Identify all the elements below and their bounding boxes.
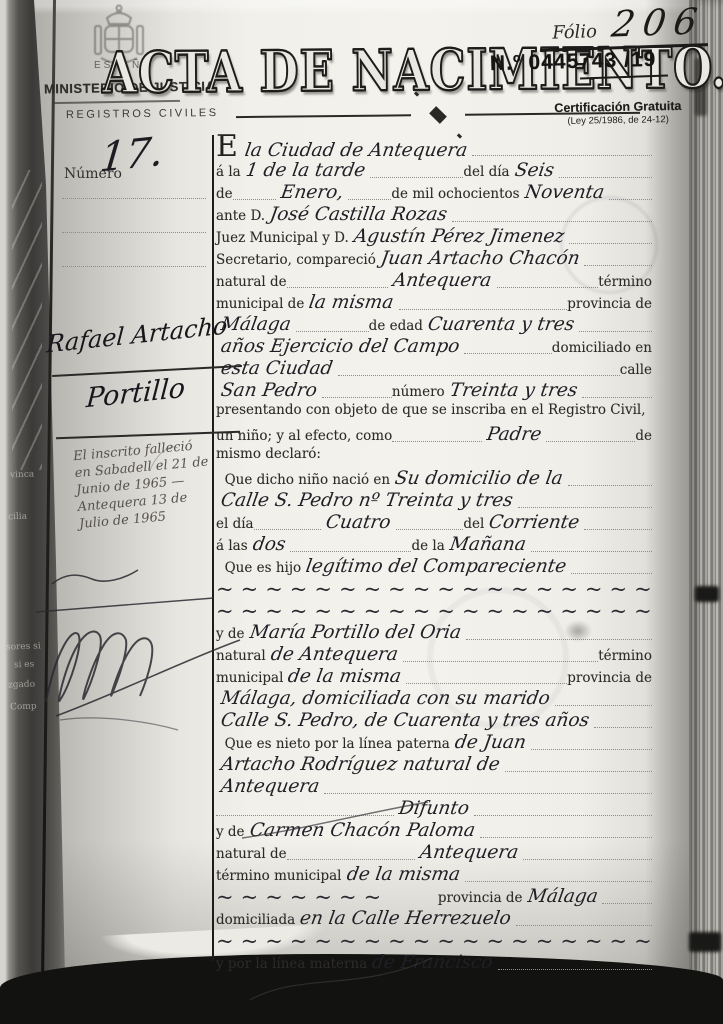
handwritten-text: Seis — [508, 160, 560, 181]
dotted-leader-line — [555, 705, 652, 706]
dotted-leader-line — [480, 837, 652, 838]
form-line: Artacho Rodríguez natural de — [216, 754, 652, 776]
printed-text: el día — [216, 516, 254, 532]
handwritten-text: de Juan — [448, 732, 532, 753]
dotted-leader-line — [465, 881, 652, 882]
printed-text: natural — [216, 648, 266, 664]
handwritten-text: Difunto — [392, 798, 475, 819]
form-line: Que es nieto por la línea paternade Juan — [216, 732, 652, 754]
wavy-filler-strokes: ~~~~~~~~~~~~~~~~~~~~~~~~~~~~~~ — [216, 577, 652, 601]
form-line: Ela Ciudad de Antequera — [216, 138, 652, 160]
dotted-leader-line — [322, 397, 392, 398]
handwritten-text: dos — [246, 534, 292, 555]
ink-smear — [564, 620, 592, 642]
dotted-leader-line — [516, 925, 652, 926]
marginal-death-note: El inscrito fallecióen Sabadell el 21 de… — [73, 436, 220, 533]
dotted-leader-line — [324, 793, 652, 794]
printed-text: de edad — [369, 318, 423, 334]
printed-text: número — [392, 384, 445, 400]
handwritten-text: la Ciudad de Antequera — [238, 140, 474, 161]
dotted-leader-line — [287, 287, 389, 288]
printed-text: presentando con objeto de que se inscrib… — [216, 402, 646, 418]
edge-text-fragment: vinca — [10, 470, 35, 481]
dotted-leader-line — [216, 815, 394, 816]
printed-text: natural de — [216, 846, 287, 862]
handwritten-text: Corriente — [483, 512, 586, 533]
dotted-leader-line — [546, 441, 635, 442]
dotted-leader-line — [523, 859, 652, 860]
printed-text: provincia de — [567, 670, 652, 686]
scanned-birth-certificate-page: { "header": { "country": "ESPAÑA", "mini… — [0, 0, 723, 1024]
handwritten-text: Mañana — [443, 534, 532, 555]
printed-initial: E — [216, 138, 238, 156]
dotted-leader-line — [582, 397, 652, 398]
dotted-leader-line — [290, 551, 411, 552]
dotted-leader-line — [584, 529, 652, 530]
handwritten-text: Cuarenta y tres — [421, 314, 581, 335]
dotted-leader-line — [594, 727, 652, 728]
wavy-filler-strokes: ~~~~~~~~~~~~~~~~~~~~~~~~~~~~~~ — [216, 599, 652, 623]
handwritten-text: Padre — [480, 424, 548, 445]
printed-text: y de — [216, 824, 245, 840]
printed-text: Que es nieto por la línea paterna — [216, 736, 450, 752]
form-line: á la1 de la tardedel díaSeis — [216, 160, 652, 182]
printed-text: y de — [216, 626, 245, 642]
printed-text: un niño; y al efecto, como — [216, 428, 392, 444]
margin-dotted-line — [62, 198, 206, 199]
certification-label: Certificación Gratuita — [538, 99, 698, 116]
form-line: esta Ciudadcalle — [216, 358, 652, 380]
handwritten-text: Artacho Rodríguez natural de — [214, 754, 506, 775]
form-line: y deCarmen Chacón Paloma — [216, 820, 652, 842]
form-line: ~~~~~~~~~~~~~~~~~~~~~~~~~~~~~~ — [216, 930, 652, 952]
dotted-leader-line — [531, 551, 652, 552]
dotted-leader-line — [287, 859, 416, 860]
margin-body-divider-rule — [212, 135, 214, 961]
dotted-leader-line — [571, 573, 652, 574]
form-line: Calle S. Pedro nº Treinta y tres — [216, 490, 652, 512]
handwritten-text: Enero, — [274, 182, 350, 203]
dotted-leader-line — [396, 529, 464, 530]
handwritten-text: Su domicilio de la — [388, 468, 569, 489]
printed-text: domiciliado en — [552, 340, 652, 356]
handwritten-text: en la Calle Herrezuelo — [293, 908, 517, 929]
dotted-leader-line — [348, 199, 391, 200]
folio-block: Fólio 206 — [551, 1, 705, 47]
printed-text: natural de — [216, 274, 287, 290]
form-line: domiciliadaen la Calle Herrezuelo — [216, 908, 652, 930]
form-line: el díaCuatrodelCorriente — [216, 512, 652, 534]
handwritten-text: Carmen Chacón Paloma — [243, 820, 481, 841]
handwritten-text: años Ejercicio del Campo — [214, 336, 466, 357]
handwritten-text: Málaga — [521, 886, 604, 907]
printed-text: á la — [216, 164, 241, 180]
dotted-leader-line — [474, 815, 652, 816]
handwritten-text: esta Ciudad — [214, 358, 339, 379]
printed-text: del día — [463, 164, 509, 180]
handwritten-text: de la misma — [340, 864, 466, 885]
printed-text: de — [216, 186, 233, 202]
printed-text: y por la línea materna — [216, 956, 367, 972]
printed-text: á las — [216, 538, 248, 554]
form-line: presentando con objeto de que se inscrib… — [216, 402, 652, 424]
handwritten-text: Cuatro — [320, 512, 398, 533]
form-line: años Ejercicio del Campodomiciliado en — [216, 336, 652, 358]
edge-text-fragment: si es — [14, 660, 35, 671]
handwritten-text: Antequera — [414, 842, 526, 863]
form-line: San PedronúmeroTreinta y tres — [216, 380, 652, 402]
form-line: Antequera — [216, 776, 652, 798]
printed-text: municipal — [216, 670, 283, 686]
margin-column: Número 17. Rafael Artacho Portillo El in… — [60, 140, 212, 970]
form-line: Calle S. Pedro, de Cuarenta y tres años — [216, 710, 652, 732]
edge-text-fragment: cilia — [8, 512, 27, 523]
ink-smudge-right — [695, 586, 719, 602]
form-line: municipal dela mismaprovincia de — [216, 292, 652, 314]
dotted-leader-line — [370, 177, 463, 178]
handwritten-text: la misma — [303, 292, 401, 313]
form-line: y por la línea maternade Francisco — [216, 952, 652, 974]
form-line: Málaga, domiciliada con su marido — [216, 688, 652, 710]
dotted-leader-line — [568, 485, 652, 486]
handwritten-text: Juan Artacho Chacón — [374, 248, 586, 269]
dotted-leader-line — [233, 199, 276, 200]
handwritten-text: Antequera — [387, 270, 499, 291]
printed-text: calle — [620, 362, 652, 378]
handwritten-text: Agustín Pérez Jimenez — [347, 226, 571, 247]
ink-smudge-bottom-right — [689, 932, 721, 952]
wavy-filler-strokes: ~~~~~~~ — [216, 885, 438, 909]
form-line: término municipalde la misma — [216, 864, 652, 886]
registry-label: REGISTROS CIVILES — [66, 107, 219, 121]
form-line: ~~~~~~~~~~~~~~~~~~~~~~~~~~~~~~ — [216, 600, 652, 622]
handwritten-text: José Castilla Rozas — [263, 204, 453, 225]
wavy-filler-strokes: ~~~~~~~~~~~~~~~~~~~~~~~~~~~~~~ — [216, 929, 652, 953]
printed-text: término — [598, 648, 652, 664]
form-line: Que dicho niño nació enSu domicilio de l… — [216, 468, 652, 490]
dotted-leader-line — [498, 969, 652, 970]
folio-handwritten-value: 206 — [609, 1, 707, 45]
margin-dotted-line — [62, 232, 206, 233]
form-line: Que es hijolegítimo del Compareciente — [216, 556, 652, 578]
form-line: Difunto — [216, 798, 652, 820]
page-stack-edge — [689, 0, 723, 1024]
edge-text-fragment: zgado — [8, 680, 35, 691]
printed-text: municipal de — [216, 296, 304, 312]
folio-label: Fólio — [552, 21, 597, 44]
printed-text: provincia de — [438, 890, 523, 906]
handwritten-text: 1 de la tarde — [239, 160, 372, 181]
dotted-leader-line — [254, 529, 322, 530]
form-line: un niño; y al efecto, comoPadrede — [216, 424, 652, 446]
handwritten-text: San Pedro — [214, 380, 323, 401]
form-line: á lasdosde laMañana — [216, 534, 652, 556]
printed-text: Secretario, compareció — [216, 252, 376, 268]
printed-text: de la — [411, 538, 444, 554]
handwritten-text: Antequera — [214, 776, 326, 797]
dotted-leader-line — [579, 331, 652, 332]
certification-block: Certificación Gratuita (Ley 25/1986, de … — [538, 99, 698, 128]
handwritten-text: legítimo del Compareciente — [300, 556, 573, 577]
dotted-leader-line — [464, 353, 551, 354]
printed-text: mismo declaró: — [216, 446, 321, 462]
edge-text-fragment: sores si — [6, 641, 41, 652]
faint-round-stamp — [560, 196, 658, 294]
dotted-leader-line — [602, 903, 652, 904]
handwritten-text: de Antequera — [264, 644, 404, 665]
printed-text: domiciliada — [216, 912, 295, 928]
handwritten-text: de Francisco — [366, 952, 500, 973]
handwritten-text: Treinta y tres — [443, 380, 584, 401]
handwritten-text: de la misma — [282, 666, 408, 687]
form-line: natural deAntequera — [216, 842, 652, 864]
margin-dotted-line — [62, 266, 206, 267]
dotted-leader-line — [399, 309, 568, 310]
dotted-leader-line — [338, 375, 620, 376]
printed-text: del — [463, 516, 484, 532]
form-line: mismo declaró: — [216, 446, 652, 468]
form-line: Málagade edadCuarenta y tres — [216, 314, 652, 336]
printed-text: Que es hijo — [216, 560, 301, 576]
dotted-leader-line — [392, 441, 481, 442]
dotted-leader-line — [505, 771, 652, 772]
printed-text: Que dicho niño nació en — [216, 472, 390, 488]
dotted-leader-line — [497, 287, 599, 288]
dotted-leader-line — [296, 331, 369, 332]
printed-text: término municipal — [216, 868, 342, 884]
form-line: ~~~~~~~provincia deMálaga — [216, 886, 652, 908]
dotted-leader-line — [531, 749, 652, 750]
handwritten-text: Calle S. Pedro nº Treinta y tres — [214, 490, 519, 511]
numero-handwritten-value: 17. — [98, 128, 166, 181]
edge-text-fragment: Comp — [10, 702, 37, 713]
printed-text: de mil ochocientos — [391, 186, 519, 202]
dotted-leader-line — [559, 177, 652, 178]
dotted-leader-line — [472, 155, 652, 156]
dotted-leader-line — [518, 507, 652, 508]
registered-name-line2: Portillo — [85, 373, 186, 415]
form-line: ~~~~~~~~~~~~~~~~~~~~~~~~~~~~~~ — [216, 578, 652, 600]
printed-text: ante D. — [216, 208, 265, 224]
printed-text: provincia de — [567, 296, 652, 312]
handwritten-text: Málaga — [214, 314, 297, 335]
faint-round-stamp — [428, 588, 568, 728]
binding-scribble-marks — [12, 170, 42, 470]
printed-text: Juez Municipal y D. — [216, 230, 349, 246]
certificate-serial-number: N.º 0445743 /19 — [490, 48, 657, 76]
printed-text: de — [635, 428, 652, 444]
